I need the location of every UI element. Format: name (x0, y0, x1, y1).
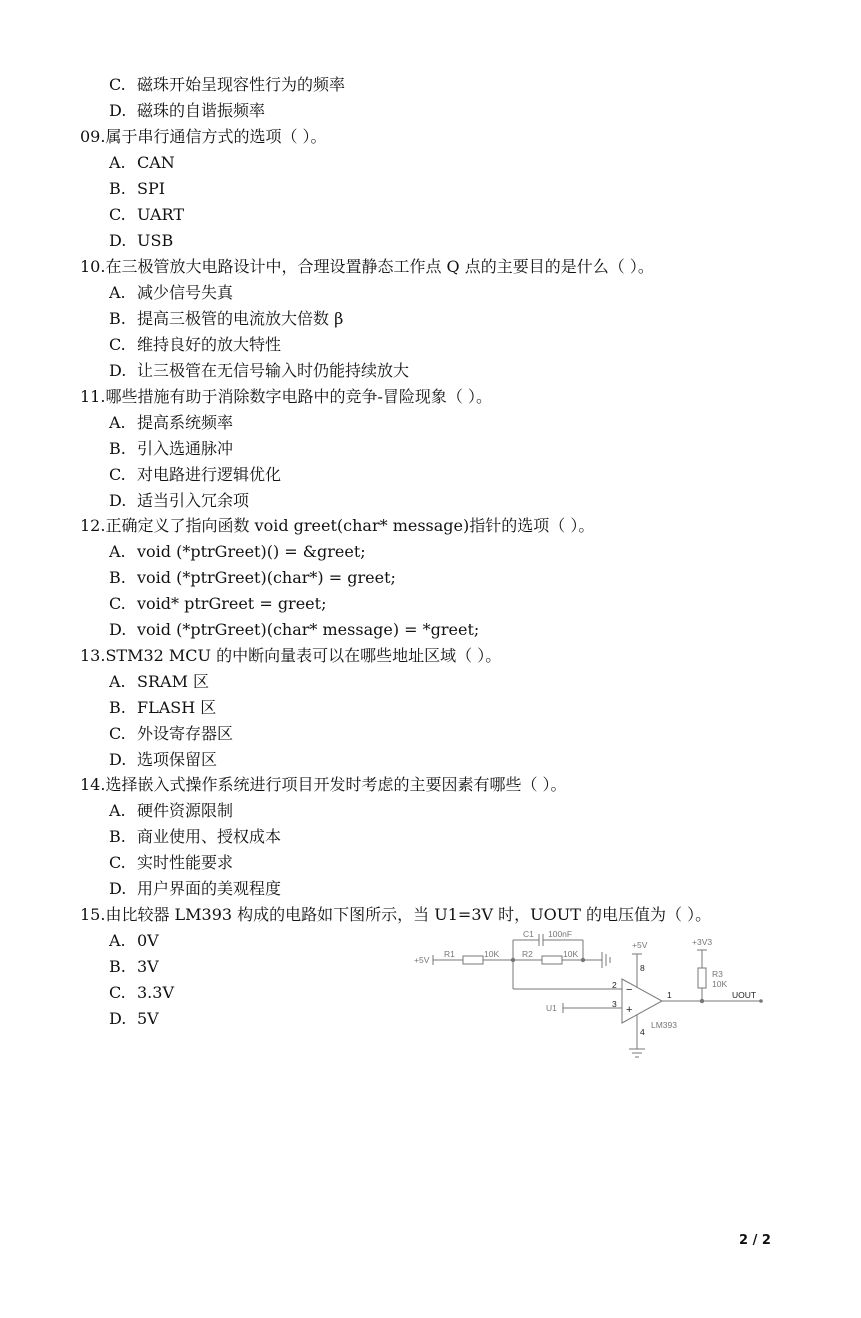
option-text: 减少信号失真 (137, 283, 233, 302)
q14-option-d: D.用户界面的美观程度 (109, 879, 281, 899)
q15-option-c: C.3.3V (109, 983, 174, 1003)
option-label: B. (109, 568, 137, 588)
vin-label: +5V (414, 955, 430, 965)
option-label: D. (109, 620, 137, 640)
q13-stem: 13.STM32 MCU 的中断向量表可以在哪些地址区域（ ）。 (80, 646, 501, 666)
r2-name: R2 (522, 949, 533, 959)
option-text: UART (137, 205, 184, 224)
question-number: 10. (80, 257, 105, 277)
q08-option-c: C.磁珠开始呈现容性行为的频率 (109, 75, 345, 95)
r3-value: 10K (712, 979, 727, 989)
option-text: 实时性能要求 (137, 853, 233, 872)
question-number: 12. (80, 516, 105, 536)
pullup-supply-label: +3V3 (692, 937, 712, 947)
option-text: FLASH 区 (137, 698, 216, 717)
option-label: D. (109, 361, 137, 381)
option-label: C. (109, 465, 137, 485)
option-label: B. (109, 309, 137, 329)
ic-label: LM393 (651, 1020, 677, 1030)
question-number: 14. (80, 775, 105, 795)
input-label: U1 (546, 1003, 557, 1013)
option-label: C. (109, 724, 137, 744)
question-number: 09. (80, 127, 105, 147)
question-text: 属于串行通信方式的选项（ ）。 (105, 127, 326, 146)
q13-option-d: D.选项保留区 (109, 750, 217, 770)
pin-vcc: 8 (640, 963, 645, 973)
option-label: A. (109, 542, 137, 562)
option-text: 让三极管在无信号输入时仍能持续放大 (137, 361, 409, 380)
option-label: A. (109, 283, 137, 303)
q09-stem: 09.属于串行通信方式的选项（ ）。 (80, 127, 327, 147)
q13-option-a: A.SRAM 区 (109, 672, 209, 692)
q09-option-b: B.SPI (109, 179, 165, 199)
pin-inv: 2 (612, 980, 617, 990)
q12-option-b: B.void (*ptrGreet)(char*) = greet; (109, 568, 396, 588)
page-number: 2 / 2 (739, 1233, 771, 1248)
output-label: UOUT (732, 990, 756, 1000)
option-text: 5V (137, 1009, 159, 1028)
q09-option-d: D.USB (109, 231, 173, 251)
option-label: B. (109, 179, 137, 199)
q14-stem: 14.选择嵌入式操作系统进行项目开发时考虑的主要因素有哪些（ ）。 (80, 775, 567, 795)
option-label: D. (109, 879, 137, 899)
r1-name: R1 (444, 949, 455, 959)
q11-option-d: D.适当引入冗余项 (109, 491, 249, 511)
q10-option-d: D.让三极管在无信号输入时仍能持续放大 (109, 361, 409, 381)
pin-noninv: 3 (612, 999, 617, 1009)
option-label: D. (109, 231, 137, 251)
option-text: 维持良好的放大特性 (137, 335, 281, 354)
q13-option-b: B.FLASH 区 (109, 698, 216, 718)
option-text: 3V (137, 957, 159, 976)
option-text: void* ptrGreet = greet; (137, 594, 326, 613)
q15-option-d: D.5V (109, 1009, 159, 1029)
option-label: B. (109, 439, 137, 459)
option-text: void (*ptrGreet)() = &greet; (137, 542, 366, 561)
option-text: 0V (137, 931, 159, 950)
option-label: C. (109, 983, 137, 1003)
q15-option-a: A.0V (109, 931, 159, 951)
option-label: A. (109, 672, 137, 692)
q11-option-b: B.引入选通脉冲 (109, 439, 233, 459)
q10-option-b: B.提高三极管的电流放大倍数 β (109, 309, 343, 329)
option-text: USB (137, 231, 173, 250)
q14-option-c: C.实时性能要求 (109, 853, 233, 873)
option-label: C. (109, 335, 137, 355)
option-label: B. (109, 698, 137, 718)
q12-option-d: D.void (*ptrGreet)(char* message) = *gre… (109, 620, 479, 640)
option-text: 外设寄存器区 (137, 724, 233, 743)
option-label: A. (109, 153, 137, 173)
option-label: C. (109, 205, 137, 225)
question-text: STM32 MCU 的中断向量表可以在哪些地址区域（ ）。 (105, 646, 501, 665)
q10-option-a: A.减少信号失真 (109, 283, 233, 303)
question-text: 哪些措施有助于消除数字电路中的竞争-冒险现象（ ）。 (105, 387, 492, 406)
option-text: SPI (137, 179, 165, 198)
question-text: 正确定义了指向函数 void greet(char* message)指针的选项… (105, 516, 594, 535)
q11-option-a: A.提高系统频率 (109, 413, 233, 433)
option-text: 磁珠的自谐振频率 (137, 101, 265, 120)
question-text: 在三极管放大电路设计中，合理设置静态工作点 Q 点的主要目的是什么（ ）。 (105, 257, 653, 276)
option-label: C. (109, 853, 137, 873)
option-text: 对电路进行逻辑优化 (137, 465, 281, 484)
q10-stem: 10.在三极管放大电路设计中，合理设置静态工作点 Q 点的主要目的是什么（ ）。 (80, 257, 654, 277)
option-label: A. (109, 413, 137, 433)
option-text: void (*ptrGreet)(char* message) = *greet… (137, 620, 479, 639)
q10-option-c: C.维持良好的放大特性 (109, 335, 281, 355)
option-text: 用户界面的美观程度 (137, 879, 281, 898)
option-label: D. (109, 750, 137, 770)
q15-option-b: B.3V (109, 957, 159, 977)
option-label: D. (109, 101, 137, 121)
q11-option-c: C.对电路进行逻辑优化 (109, 465, 281, 485)
q08-option-d: D.磁珠的自谐振频率 (109, 101, 265, 121)
option-label: C. (109, 75, 137, 95)
option-label: D. (109, 491, 137, 511)
inverting-sign: − (626, 984, 632, 996)
q11-stem: 11.哪些措施有助于消除数字电路中的竞争-冒险现象（ ）。 (80, 387, 492, 407)
lm393-comparator-circuit: +5V R1 10K R2 10K C1 100nF +5V +3V3 R3 1… (405, 925, 775, 1070)
option-text: 磁珠开始呈现容性行为的频率 (137, 75, 345, 94)
q12-stem: 12.正确定义了指向函数 void greet(char* message)指针… (80, 516, 594, 536)
option-label: B. (109, 957, 137, 977)
question-number: 13. (80, 646, 105, 666)
noninverting-sign: + (626, 1004, 632, 1016)
q13-option-c: C.外设寄存器区 (109, 724, 233, 744)
pin-out: 1 (667, 990, 672, 1000)
option-text: void (*ptrGreet)(char*) = greet; (137, 568, 396, 587)
option-text: 适当引入冗余项 (137, 491, 249, 510)
c1-value: 100nF (548, 929, 572, 939)
r3-name: R3 (712, 969, 723, 979)
option-text: SRAM 区 (137, 672, 209, 691)
option-text: 商业使用、授权成本 (137, 827, 281, 846)
option-text: 提高系统频率 (137, 413, 233, 432)
option-label: B. (109, 827, 137, 847)
option-text: 选项保留区 (137, 750, 217, 769)
question-text: 由比较器 LM393 构成的电路如下图所示，当 U1=3V 时，UOUT 的电压… (105, 905, 711, 924)
option-label: D. (109, 1009, 137, 1029)
vcc-label: +5V (632, 940, 648, 950)
option-label: A. (109, 931, 137, 951)
option-label: C. (109, 594, 137, 614)
q15-stem: 15.由比较器 LM393 构成的电路如下图所示，当 U1=3V 时，UOUT … (80, 905, 711, 925)
option-text: 3.3V (137, 983, 174, 1002)
option-text: 提高三极管的电流放大倍数 β (137, 309, 343, 328)
option-text: CAN (137, 153, 175, 172)
pin-gnd: 4 (640, 1027, 645, 1037)
question-text: 选择嵌入式操作系统进行项目开发时考虑的主要因素有哪些（ ）。 (105, 775, 566, 794)
q14-option-b: B.商业使用、授权成本 (109, 827, 281, 847)
option-text: 引入选通脉冲 (137, 439, 233, 458)
option-label: A. (109, 801, 137, 821)
q09-option-a: A.CAN (109, 153, 175, 173)
question-number: 11. (80, 387, 105, 407)
question-number: 15. (80, 905, 105, 925)
q14-option-a: A.硬件资源限制 (109, 801, 233, 821)
r2-value: 10K (563, 949, 578, 959)
q12-option-c: C.void* ptrGreet = greet; (109, 594, 326, 614)
option-text: 硬件资源限制 (137, 801, 233, 820)
q09-option-c: C.UART (109, 205, 184, 225)
c1-name: C1 (523, 929, 534, 939)
q12-option-a: A.void (*ptrGreet)() = &greet; (109, 542, 366, 562)
r1-value: 10K (484, 949, 499, 959)
